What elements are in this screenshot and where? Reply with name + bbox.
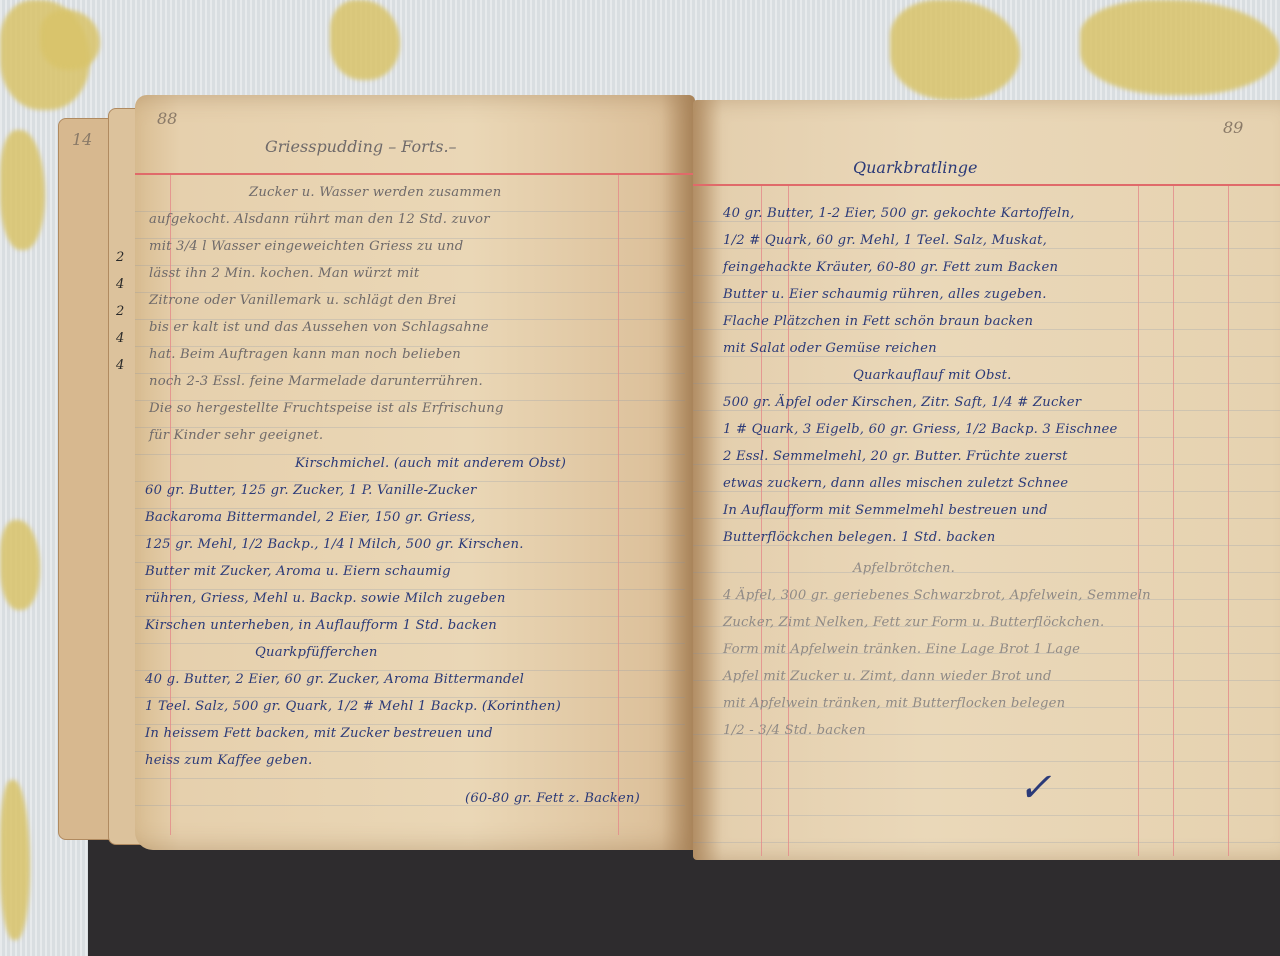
recipe-title: Quarkpfüfferchen [145, 639, 566, 666]
tablecloth-pattern [330, 0, 400, 80]
recipe-note: (60-80 gr. Fett z. Backen) [465, 785, 640, 812]
column-rule [1138, 186, 1139, 856]
page-number: 88 [157, 109, 177, 128]
stack-page-number: 14 [72, 130, 92, 149]
check-mark-icon: ✓ [1018, 765, 1052, 811]
column-rule [1228, 186, 1229, 856]
column-rule [1173, 186, 1174, 856]
tablecloth-pattern [0, 520, 40, 610]
recipe-body: 40 gr. Butter, 1-2 Eier, 500 gr. gekocht… [723, 200, 1118, 551]
tablecloth-pattern [890, 0, 1020, 100]
tablecloth-pattern [40, 10, 100, 70]
recipe-body: Kirschmichel. (auch mit anderem Obst) 60… [145, 450, 566, 774]
tablecloth-pattern [0, 780, 30, 940]
right-page: 89 Quarkbratlinge 40 gr. Butter, 1-2 Eie… [693, 100, 1280, 860]
tablecloth-pattern [0, 130, 45, 250]
page-number: 89 [1223, 118, 1243, 137]
left-page: 88 Griesspudding – Forts.– Zucker u. Was… [135, 95, 695, 850]
header-rule [135, 173, 695, 175]
header-rule [693, 184, 1280, 186]
recipe-title: Quarkbratlinge [853, 158, 977, 177]
recipe-title: Quarkauflauf mit Obst. [723, 362, 1118, 389]
tablecloth-pattern [1080, 0, 1280, 95]
recipe-body: Apfelbrötchen. 4 Äpfel, 300 gr. gerieben… [723, 555, 1151, 744]
recipe-title: Griesspudding – Forts.– [265, 137, 457, 156]
recipe-title: Kirschmichel. (auch mit anderem Obst) [145, 450, 566, 477]
column-rule [618, 175, 619, 835]
recipe-body: Zucker u. Wasser werden zusammen aufgeko… [149, 179, 504, 449]
margin-marks: 2 4 2 4 4 [116, 240, 124, 375]
recipe-title: Apfelbrötchen. [723, 555, 1151, 582]
